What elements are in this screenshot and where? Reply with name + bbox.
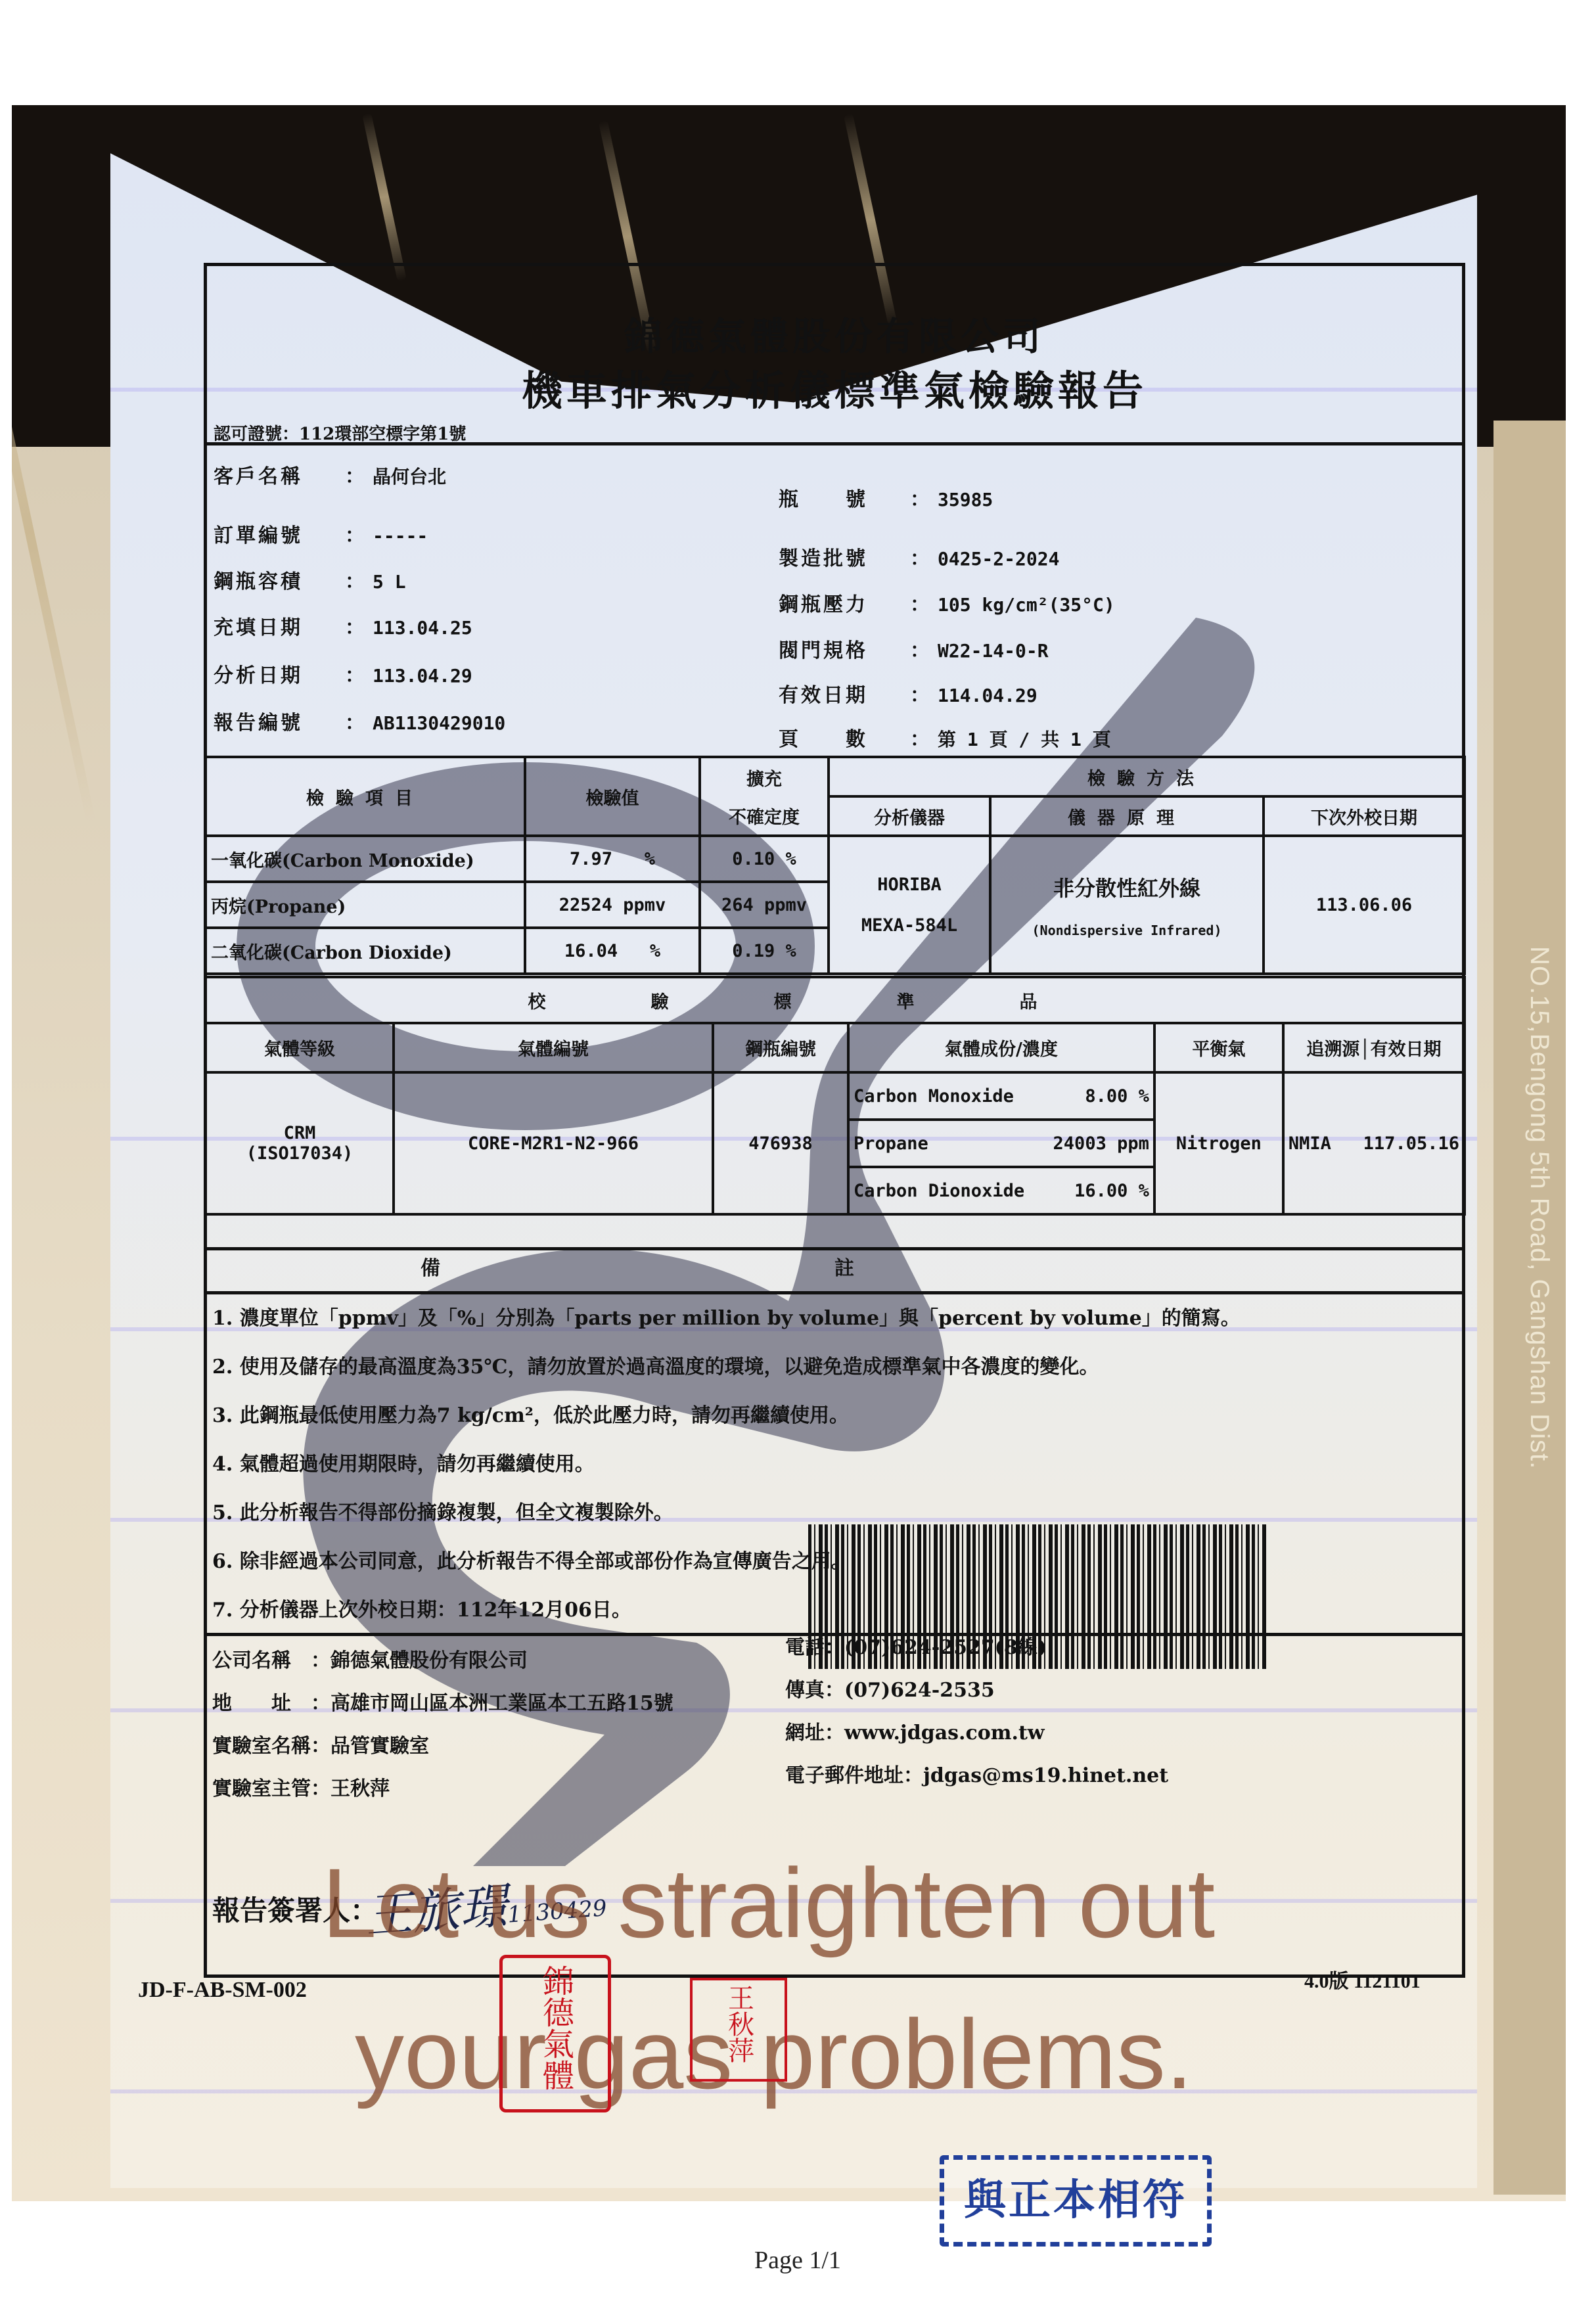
standard-table: 校驗標準品 氣體等級 氣體編號 鋼瓶編號 氣體成份/濃度 平衡氣 追溯源│有效日… (204, 976, 1466, 1216)
certificate-number: 認可證號：112環部空標字第1號 (214, 421, 466, 445)
header-balance: 平衡氣 (1154, 1023, 1283, 1072)
company-seal: 錦德氣體 (499, 1955, 611, 2112)
component-value: 8.00 % (1041, 1072, 1154, 1120)
remarks-title: 備註 (207, 1252, 1462, 1281)
info-label: 報告編號 (214, 706, 345, 735)
info-value: W22-14-0-R (938, 640, 1049, 662)
remark-item: 4. 氣體超過使用期限時，請勿再繼續使用。 (212, 1440, 1241, 1489)
info-value: 晶何台北 (373, 466, 446, 488)
info-value: ----- (373, 525, 428, 547)
header-value: 檢驗值 (525, 757, 700, 836)
company-website[interactable]: 網址：www.jdgas.com.tw (785, 1712, 1168, 1754)
row-value: 7.97 % (525, 836, 700, 882)
envelope-edge: NO.15,Bengong 5th Road, Gangshan Dist. (1493, 421, 1566, 2195)
component-name: Carbon Dionoxide (848, 1167, 1041, 1214)
barcode (808, 1524, 1268, 1669)
form-code: JD-F-AB-SM-002 (138, 1978, 307, 2003)
form-version: 4.0版 1121101 (1304, 1965, 1421, 1994)
info-label: 充填日期 (214, 611, 345, 640)
page-number: Page 1/1 (754, 2246, 841, 2275)
slogan-line1: Let us straighten out (322, 1846, 1215, 1960)
report-form: 錦德氣體股份有限公司 機車排氣分析儀標準氣檢驗報告 認可證號：112環部空標字第… (204, 263, 1465, 1978)
remark-item: 2. 使用及儲存的最高溫度為35℃，請勿放置於過高溫度的環境，以避免造成標準氣中… (212, 1343, 1241, 1392)
info-value: 0425-2-2024 (938, 548, 1059, 570)
gas-id: CORE-M2R1-N2-966 (394, 1072, 713, 1214)
next-calibration-date: 113.06.06 (1264, 836, 1465, 974)
info-label: 訂單編號 (214, 519, 345, 548)
header-method: 檢驗方法 (829, 757, 1465, 796)
header-trace-expiry: 追溯源│有效日期 (1283, 1023, 1465, 1072)
header-uncertainty-bottom: 不確定度 (700, 796, 829, 836)
info-volume: 鋼瓶容積：5 L (214, 565, 406, 594)
lab-name: 實驗室名稱：品管實驗室 (212, 1725, 673, 1768)
info-pages: 頁 數：第 1 頁 / 共 1 頁 (779, 723, 1111, 752)
side-address: NO.15,Bengong 5th Road, Gangshan Dist. (1524, 946, 1554, 1469)
info-analysis-date: 分析日期：113.04.29 (214, 659, 472, 688)
component-name: Propane (848, 1120, 1041, 1167)
header-analyzer: 分析儀器 (829, 796, 990, 836)
personal-seal: 王秋萍 (690, 1978, 787, 2082)
principle-cell: 非分散性紅外線(Nondispersive Infrared) (990, 836, 1264, 974)
row-value: 22524 ppmv (525, 882, 700, 928)
header-grade: 氣體等級 (206, 1023, 394, 1072)
row-item: 一氧化碳(Carbon Monoxide) (206, 836, 525, 882)
header-principle: 儀器原理 (990, 796, 1264, 836)
info-value: 113.04.29 (373, 665, 472, 687)
info-pressure: 鋼瓶壓力：105 kg/cm²(35°C) (779, 588, 1115, 617)
row-item: 二氧化碳(Carbon Dioxide) (206, 928, 525, 974)
grade-cell: CRM(ISO17034) (206, 1072, 394, 1214)
header-uncertainty-top: 擴充 (700, 757, 829, 796)
info-valve-spec: 閥門規格：W22-14-0-R (779, 634, 1049, 663)
info-expiry: 有效日期：114.04.29 (779, 679, 1037, 708)
info-label: 瓶 號 (779, 483, 910, 512)
balance-gas: Nitrogen (1154, 1072, 1283, 1214)
company-fax: 傳真：(07)624-2535 (785, 1669, 1168, 1712)
info-label: 鋼瓶容積 (214, 565, 345, 594)
info-value: 105 kg/cm²(35°C) (938, 594, 1115, 616)
company-email[interactable]: 電子郵件地址：jdgas@ms19.hinet.net (785, 1754, 1168, 1797)
cylinder-id: 476938 (713, 1072, 848, 1214)
table-row: 一氧化碳(Carbon Monoxide) 7.97 % 0.10 % HORI… (206, 836, 1465, 882)
info-value: 114.04.29 (938, 685, 1037, 706)
report-title: 機車排氣分析儀標準氣檢驗報告 (207, 358, 1462, 417)
standard-title: 校驗標準品 (206, 977, 1465, 1023)
row-value: 16.04 % (525, 928, 700, 974)
trace-expiry-cell: NMIA 117.05.16 (1283, 1072, 1465, 1214)
component-value: 24003 ppm (1041, 1120, 1154, 1167)
lab-supervisor: 實驗室主管：王秋萍 (212, 1768, 673, 1810)
remark-item: 1. 濃度單位「ppmv」及「%」分別為「parts per million b… (212, 1294, 1241, 1343)
info-label: 鋼瓶壓力 (779, 588, 910, 617)
info-value: 35985 (938, 489, 993, 511)
row-uncertainty: 0.10 % (700, 836, 829, 882)
company-title: 錦德氣體股份有限公司 (207, 306, 1462, 361)
certified-copy-stamp: 與正本相符 (940, 2155, 1212, 2247)
info-value: 113.04.25 (373, 617, 472, 639)
component-name: Carbon Monoxide (848, 1072, 1041, 1120)
divider (207, 1247, 1462, 1250)
header-next-calibration: 下次外校日期 (1264, 796, 1465, 836)
info-fill-date: 充填日期：113.04.25 (214, 611, 472, 640)
info-report-no: 報告編號：AB1130429010 (214, 706, 505, 735)
row-uncertainty: 0.19 % (700, 928, 829, 974)
header-item: 檢驗項目 (206, 757, 525, 836)
header-composition: 氣體成份/濃度 (848, 1023, 1154, 1072)
company-name: 公司名稱 ：錦德氣體股份有限公司 (212, 1639, 673, 1682)
info-label: 製造批號 (779, 542, 910, 571)
info-label: 客戶名稱 (214, 460, 345, 489)
info-label: 閥門規格 (779, 634, 910, 663)
info-batch-no: 製造批號：0425-2-2024 (779, 542, 1059, 571)
info-customer: 客戶名稱：晶何台北 (214, 460, 446, 489)
info-value: 第 1 頁 / 共 1 頁 (938, 729, 1111, 750)
company-address: 地 址 ：高雄市岡山區本洲工業區本工五路15號 (212, 1682, 673, 1725)
info-order: 訂單編號：----- (214, 519, 428, 548)
row-uncertainty: 264 ppmv (700, 882, 829, 928)
info-label: 有效日期 (779, 679, 910, 708)
row-item: 丙烷(Propane) (206, 882, 525, 928)
header-gas-id: 氣體編號 (394, 1023, 713, 1072)
company-info-left: 公司名稱 ：錦德氣體股份有限公司 地 址 ：高雄市岡山區本洲工業區本工五路15號… (212, 1639, 673, 1810)
header-cylinder-id: 鋼瓶編號 (713, 1023, 848, 1072)
info-label: 分析日期 (214, 659, 345, 688)
divider (207, 442, 1462, 445)
inspection-table: 檢驗項目 檢驗值 擴充 檢驗方法 不確定度 分析儀器 儀器原理 下次外校日期 一… (204, 756, 1466, 975)
side-address-line1: NO.15,Bengong 5th Road, Gangshan Dist. (1525, 946, 1554, 1469)
info-label: 頁 數 (779, 723, 910, 752)
remark-item: 3. 此鋼瓶最低使用壓力為7 kg/cm²，低於此壓力時，請勿再繼續使用。 (212, 1392, 1241, 1440)
info-bottle-no: 瓶 號：35985 (779, 483, 993, 512)
info-value: AB1130429010 (373, 712, 505, 734)
analyzer-cell: HORIBAMEXA-584L (829, 836, 990, 974)
info-value: 5 L (373, 571, 406, 593)
component-value: 16.00 % (1041, 1167, 1154, 1214)
